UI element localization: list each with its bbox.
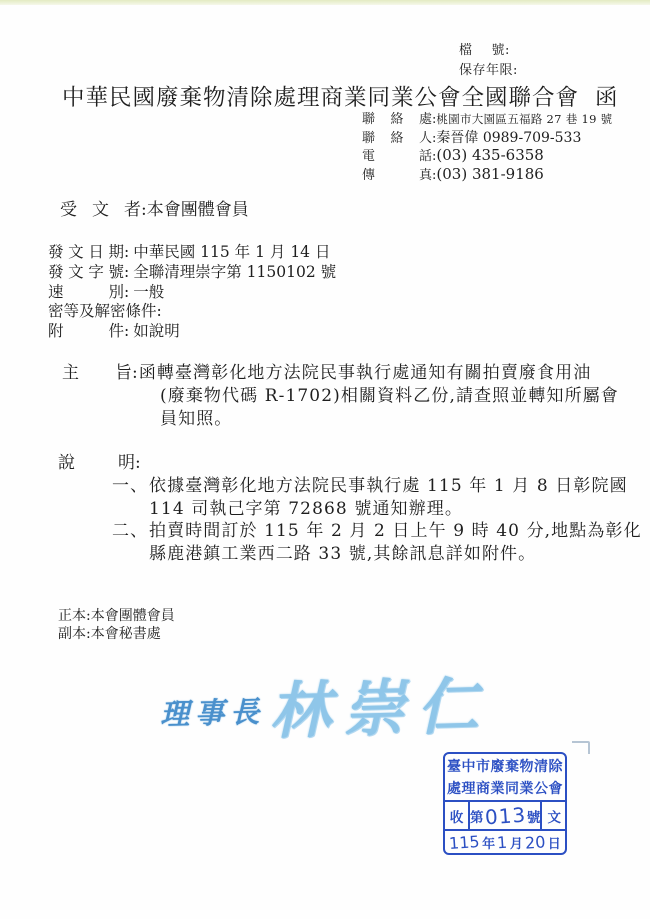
item-2-line-2: 縣鹿港鎮工業西二路 33 號,其餘訊息詳如附件。 [149, 543, 642, 566]
receipt-stamp-date-row: 115 年 1 月 20 日 [445, 831, 565, 853]
issue-date-value: 中華民國 115 年 1 月 14 日 [133, 240, 330, 262]
phone-value: (03) 435-6358 [436, 146, 543, 164]
subject-label: 主旨 [62, 362, 132, 385]
chairman-name: 林崇仁 [268, 658, 492, 751]
scan-edge-artifact [0, 0, 650, 5]
number-prefix: 第 [470, 806, 484, 826]
receipt-stamp-org: 臺中市廢棄物清除 處理商業同業公會 [445, 754, 565, 800]
doc-number-row: 發文字號:全聯清理崇字第 1150102 號 [48, 260, 336, 280]
phone-row: 電話:(03) 435-6358 [362, 145, 612, 164]
recipient-value: 本會團體會員 [147, 195, 249, 220]
subject-text-1: 函轉臺灣彰化地方法院民事執行處通知有關拍賣廢食用油 [139, 362, 592, 385]
attachment-label: 附件 [48, 319, 124, 341]
description-section: 說明: 一、 依據臺灣彰化地方法院民事執行處 115 年 1 月 8 日彰院國 … [58, 452, 642, 566]
contact-office-row: 聯絡處:桃園市大園區五福路 27 巷 19 號 [362, 108, 612, 127]
doc-number-value: 全聯清理崇字第 1150102 號 [133, 260, 336, 282]
item-2-text: 拍賣時間訂於 115 年 2 月 2 日上午 9 時 40 分,地點為彰化 縣鹿… [149, 520, 642, 566]
description-item-1: 一、 依據臺灣彰化地方法院民事執行處 115 年 1 月 8 日彰院國 114 … [112, 475, 642, 521]
receive-char: 收 [445, 802, 470, 829]
scan-corner-mark [572, 741, 590, 754]
doc-number-label: 發文字號 [48, 260, 124, 282]
receipt-stamp: 臺中市廢棄物清除 處理商業同業公會 收 第 013 號 文 115 年 1 月 … [443, 752, 567, 855]
scanned-official-letter: 檔號: 保存年限: 中華民國廢棄物清除處理商業同業公會全國聯合會函 聯絡處:桃園… [0, 0, 650, 919]
colon: : [505, 41, 510, 61]
receipt-stamp-org-line-1: 臺中市廢棄物清除 [445, 756, 565, 778]
fax-row: 傳真:(03) 381-9186 [362, 164, 612, 183]
contact-office-value: 桃園市大園區五福路 27 巷 19 號 [436, 111, 612, 127]
item-1-text: 依據臺灣彰化地方法院民事執行處 115 年 1 月 8 日彰院國 114 司執己… [149, 475, 628, 521]
description-header: 說明: [58, 452, 642, 475]
colon: : [513, 61, 518, 81]
contact-person-value: 秦晉偉 0989-709-533 [436, 127, 581, 147]
phone-label: 電話 [362, 145, 432, 164]
colon: : [124, 243, 129, 261]
subject-section: 主旨:函轉臺灣彰化地方法院民事執行處通知有關拍賣廢食用油 (廢棄物代碼 R-17… [62, 362, 619, 430]
item-2-line-1: 拍賣時間訂於 115 年 2 月 2 日上午 9 時 40 分,地點為彰化 [149, 520, 642, 543]
priority-row: 速別:一般 [48, 280, 336, 300]
subject-line-1: 主旨:函轉臺灣彰化地方法院民事執行處通知有關拍賣廢食用油 [62, 362, 619, 385]
issue-date-label: 發文日期 [48, 240, 124, 262]
contact-person-label: 聯絡人 [362, 127, 432, 146]
security-label: 密等及解密條件 [48, 299, 157, 321]
file-number-label: 檔號 [459, 41, 505, 61]
recipient-label: 受文者 [60, 195, 141, 220]
colon: : [124, 322, 129, 340]
receipt-year-handwritten: 115 [449, 831, 481, 852]
duplicate-copy-row: 副本:本會秘書處 [58, 623, 175, 641]
priority-label: 速別 [48, 280, 124, 302]
contact-office-label: 聯絡處 [362, 108, 432, 127]
file-number-row: 檔號: [459, 41, 518, 61]
description-item-2: 二、 拍賣時間訂於 115 年 2 月 2 日上午 9 時 40 分,地點為彰化… [112, 520, 642, 566]
duplicate-copy-value: 本會秘書處 [91, 623, 161, 643]
recipient-row: 受文者:本會團體會員 [60, 195, 249, 220]
number-suffix: 號 [527, 806, 541, 826]
colon: : [124, 263, 129, 281]
subject-text-3: 員知照。 [160, 408, 619, 431]
file-number-block: 檔號: 保存年限: [459, 41, 518, 81]
fax-value: (03) 381-9186 [436, 165, 543, 183]
receipt-number-cell: 第 013 號 [470, 802, 540, 829]
fax-label: 傳真 [362, 164, 432, 183]
receipt-stamp-number-row: 收 第 013 號 文 [445, 800, 565, 831]
meta-block: 發文日期:中華民國 115 年 1 月 14 日 發文字號:全聯清理崇字第 11… [48, 240, 336, 339]
duplicate-copy-label: 副本 [58, 623, 86, 643]
receipt-stamp-org-line-2: 處理商業同業公會 [445, 778, 565, 800]
receipt-month-handwritten: 1 [497, 832, 508, 852]
security-row: 密等及解密條件: [48, 299, 336, 319]
description-label: 說明 [58, 452, 135, 475]
chairman-title: 理事長 [160, 690, 266, 734]
priority-value: 一般 [133, 280, 164, 302]
doc-char: 文 [540, 802, 566, 829]
attachment-value: 如說明 [133, 319, 180, 341]
year-char: 年 [482, 833, 495, 852]
item-1-line-2: 114 司執己字第 72868 號通知辦理。 [149, 498, 628, 521]
colon: : [132, 362, 139, 385]
month-char: 月 [510, 833, 523, 852]
chairman-signature-stamp: 理事長 林崇仁 [159, 658, 492, 754]
day-char: 日 [548, 833, 561, 852]
attachment-row: 附件:如說明 [48, 319, 336, 339]
original-copy-row: 正本:本會團體會員 [58, 605, 175, 623]
receipt-number-handwritten: 013 [484, 802, 527, 829]
colon: : [124, 283, 129, 301]
receipt-day-handwritten: 20 [524, 832, 546, 852]
contact-person-row: 聯絡人:秦晉偉 0989-709-533 [362, 127, 612, 146]
issue-date-row: 發文日期:中華民國 115 年 1 月 14 日 [48, 240, 336, 260]
copies-block: 正本:本會團體會員 副本:本會秘書處 [58, 605, 175, 640]
item-2-number: 二、 [112, 520, 149, 543]
item-1-number: 一、 [112, 475, 149, 498]
subject-text-2: (廢棄物代碼 R-1702)相關資料乙份,請查照並轉知所屬會 [160, 385, 619, 408]
retention-period-row: 保存年限: [459, 61, 518, 81]
retention-period-label: 保存年限 [459, 61, 513, 81]
colon: : [135, 452, 142, 475]
colon: : [157, 302, 162, 320]
item-1-line-1: 依據臺灣彰化地方法院民事執行處 115 年 1 月 8 日彰院國 [149, 475, 628, 498]
contact-block: 聯絡處:桃園市大園區五福路 27 巷 19 號 聯絡人:秦晉偉 0989-709… [362, 108, 612, 182]
